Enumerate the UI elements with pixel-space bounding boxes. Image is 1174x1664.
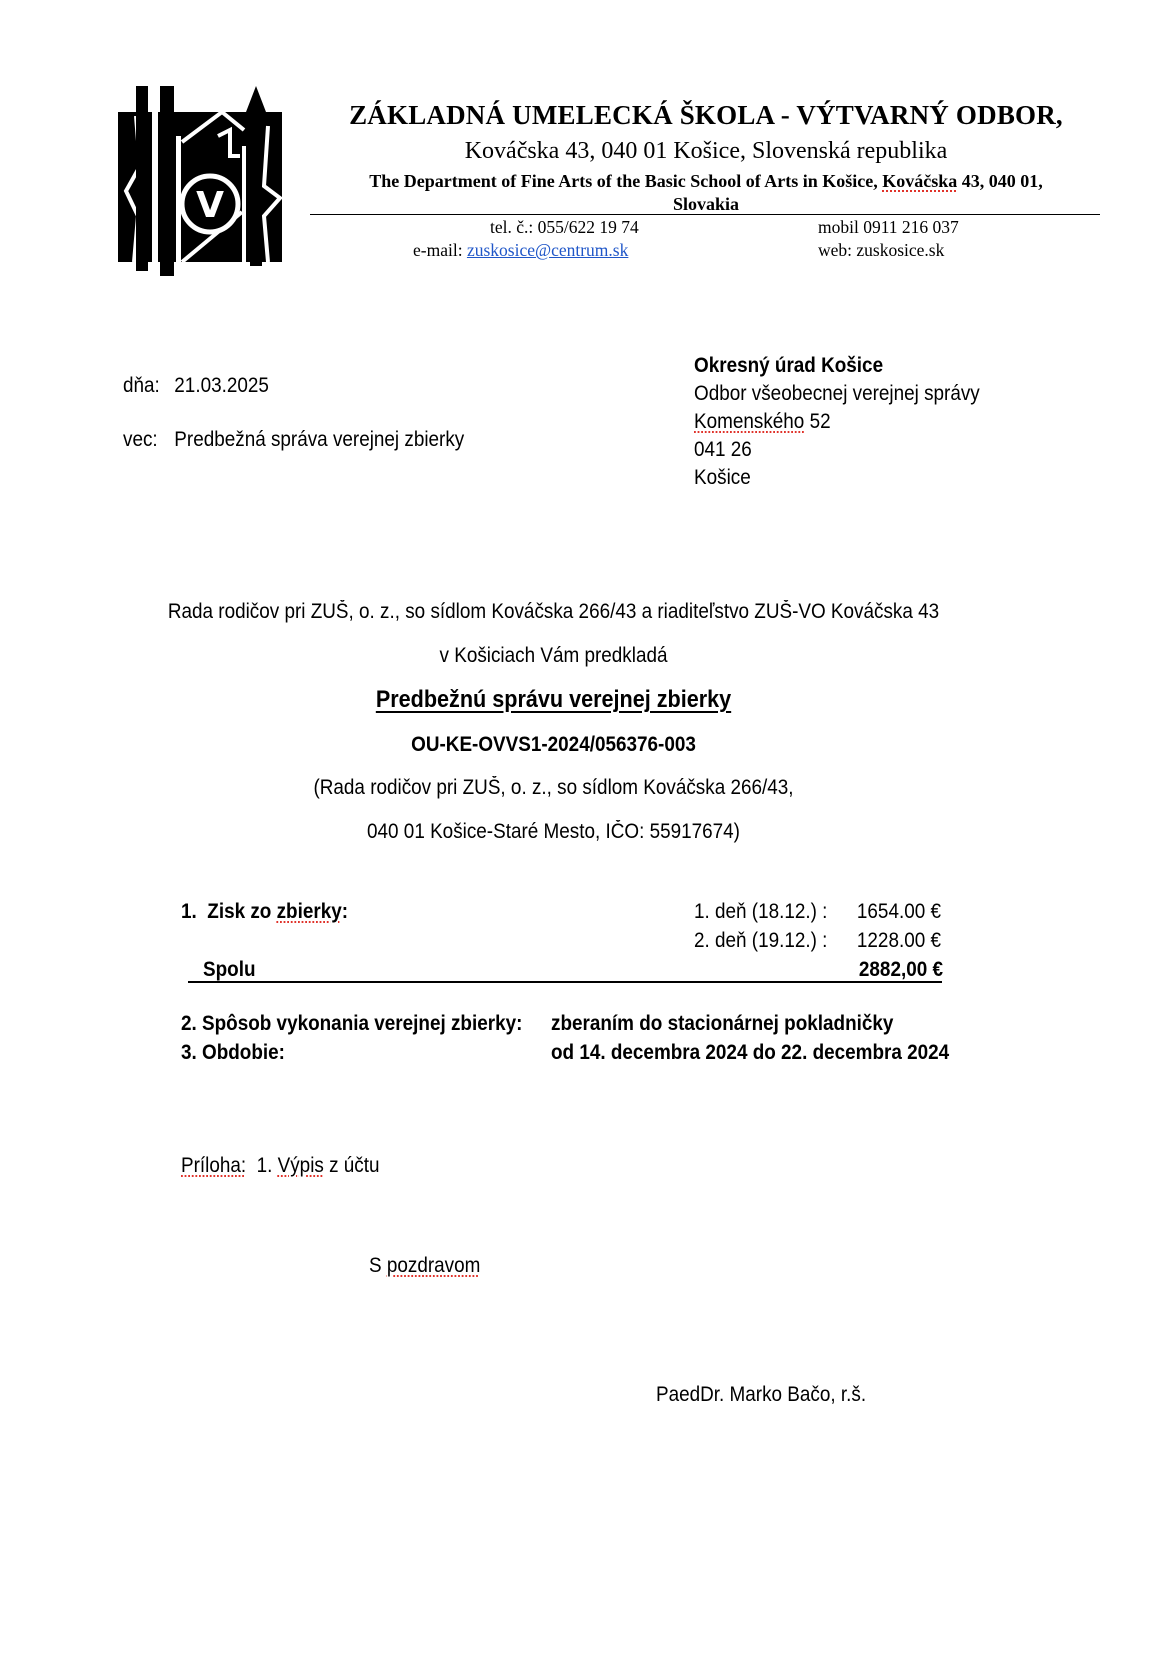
method-label: 2. Spôsob vykonania verejnej zbierky: xyxy=(181,1012,522,1036)
signature: PaedDr. Marko Bačo, r.š. xyxy=(656,1383,866,1407)
greeting: S pozdravom xyxy=(369,1254,480,1278)
item-1-colon: : xyxy=(342,900,348,923)
recipient-department: Odbor všeobecnej verejnej správy xyxy=(694,380,980,408)
school-address: Kováčska 43, 040 01 Košice, Slovenská re… xyxy=(316,138,1096,165)
item-1-number: 1. xyxy=(181,900,197,923)
profit-label: 1. Zisk zo zbierky: xyxy=(181,900,348,924)
english-name-text: The Department of Fine Arts of the Basic… xyxy=(369,171,882,191)
intro-line-2: v Košiciach Vám predkladá xyxy=(0,644,1107,668)
period-value: od 14. decembra 2024 do 22. decembra 202… xyxy=(551,1041,949,1065)
item-1-label: Zisk zo xyxy=(207,900,276,923)
report-heading: Predbežnú správu verejnej zbierky xyxy=(0,686,1107,714)
reference-number: OU-KE-OVVS1-2024/056376-003 xyxy=(0,733,1107,757)
attachment-line: Príloha:1. Výpis z účtu xyxy=(181,1154,380,1178)
period-label: 3. Obdobie: xyxy=(181,1041,285,1065)
english-name-street: Kováčska xyxy=(882,171,957,191)
recipient-address: Okresný úrad Košice Odbor všeobecnej ver… xyxy=(694,352,980,492)
recipient-name: Okresný úrad Košice xyxy=(694,352,980,380)
day-1-amount: 1654.00 € xyxy=(761,900,941,924)
english-name-text-end: 43, 040 01, xyxy=(957,171,1043,191)
item-1-label-word: zbierky xyxy=(277,900,342,923)
recipient-street-name: Komenského xyxy=(694,410,804,433)
svg-text:V: V xyxy=(196,185,224,226)
email-link[interactable]: zuskosice@centrum.sk xyxy=(467,240,628,260)
subject-value: Predbežná správa verejnej zbierky xyxy=(174,428,464,451)
date-label: dňa: xyxy=(123,374,174,398)
total-amount: 2882,00 € xyxy=(763,958,943,982)
english-name-country: Slovakia xyxy=(673,194,739,214)
school-name: ZÁKLADNÁ UMELECKÁ ŠKOLA - VÝTVARNÝ ODBOR… xyxy=(316,100,1096,131)
website: web: zuskosice.sk xyxy=(818,239,944,262)
greeting-word: pozdravom xyxy=(387,1254,481,1277)
recipient-zip: 041 26 xyxy=(694,436,980,464)
total-label: Spolu xyxy=(203,958,255,982)
school-emblem-v-icon: V xyxy=(118,86,286,276)
email-line: e-mail: zuskosice@centrum.sk xyxy=(413,239,628,262)
attachment-word: Výpis xyxy=(278,1154,324,1177)
greeting-prefix: S xyxy=(369,1254,387,1277)
recipient-street: Komenského 52 xyxy=(694,408,980,436)
email-label: e-mail: xyxy=(413,240,467,260)
date-value: 21.03.2025 xyxy=(174,374,269,397)
school-english-name: The Department of Fine Arts of the Basic… xyxy=(316,170,1096,216)
recipient-city: Košice xyxy=(694,464,980,492)
attachment-label: Príloha: xyxy=(181,1154,246,1177)
subject-label: vec: xyxy=(123,428,174,452)
phone-number: tel. č.: 055/622 19 74 xyxy=(490,216,639,239)
total-underline xyxy=(188,981,942,983)
intro-line-1: Rada rodičov pri ZUŠ, o. z., so sídlom K… xyxy=(0,600,1107,624)
recipient-street-number: 52 xyxy=(804,410,830,433)
method-value: zberaním do stacionárnej pokladničky xyxy=(551,1012,893,1036)
attachment-number: 1. xyxy=(257,1154,278,1177)
date-line: dňa:21.03.2025 xyxy=(123,374,269,398)
day-2-amount: 1228.00 € xyxy=(761,929,941,953)
attachment-rest: z účtu xyxy=(324,1154,380,1177)
organization-line-1: (Rada rodičov pri ZUŠ, o. z., so sídlom … xyxy=(0,776,1107,800)
document-page: V ZÁKLADNÁ UMELECKÁ ŠKOLA - VÝTVARNÝ ODB… xyxy=(0,0,1174,1664)
mobile-number: mobil 0911 216 037 xyxy=(818,216,959,239)
subject-line: vec:Predbežná správa verejnej zbierky xyxy=(123,428,464,452)
letterhead-divider xyxy=(310,214,1100,215)
organization-line-2: 040 01 Košice-Staré Mesto, IČO: 55917674… xyxy=(0,820,1107,844)
